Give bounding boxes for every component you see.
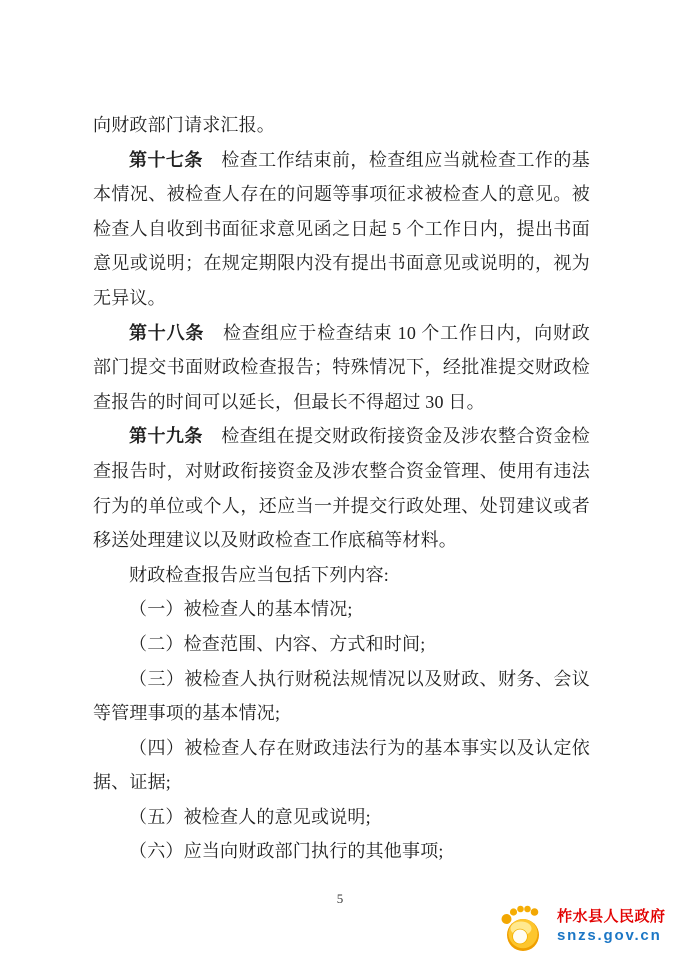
paw-print-icon [500,900,548,954]
site-name: 柞水县人民政府 [557,908,666,927]
paragraph: 向财政部门请求汇报。 [93,108,590,143]
paragraph: 第十九条 检查组在提交财政衔接资金及涉农整合资金检查报告时，对财政衔接资金及涉农… [93,419,590,557]
document-body: 向财政部门请求汇报。 第十七条 检查工作结束前，检查组应当就检查工作的基本情况、… [93,108,590,869]
site-url: snzs.gov.cn [557,927,666,946]
paragraph-text: 检查工作结束前，检查组应当就检查工作的基本情况、被检查人存在的问题等事项征求被检… [93,150,590,308]
paragraph-text: （一）被检查人的基本情况; [129,599,353,619]
paragraph-text: （五）被检查人的意见或说明; [129,807,371,827]
paragraph: （四）被检查人存在财政违法行为的基本事实以及认定依据、证据; [93,731,590,800]
paragraph: （三）被检查人执行财税法规情况以及财政、财务、会议等管理事项的基本情况; [93,662,590,731]
paragraph: （六）应当向财政部门执行的其他事项; [93,834,590,869]
paragraph-text: （三）被检查人执行财税法规情况以及财政、财务、会议等管理事项的基本情况; [93,669,590,724]
paragraph: （二）检查范围、内容、方式和时间; [93,627,590,662]
paragraph: 财政检查报告应当包括下列内容: [93,558,590,593]
paragraph-text: （二）检查范围、内容、方式和时间; [129,634,425,654]
paragraph: （五）被检查人的意见或说明; [93,800,590,835]
paragraph-text: （四）被检查人存在财政违法行为的基本事实以及认定依据、证据; [93,738,590,793]
government-site-logo: 柞水县人民政府 snzs.gov.cn [500,898,668,956]
article-number: 第十九条 [129,426,203,446]
site-text-block: 柞水县人民政府 snzs.gov.cn [557,908,666,946]
article-number: 第十八条 [129,323,204,343]
document-page: 向财政部门请求汇报。 第十七条 检查工作结束前，检查组应当就检查工作的基本情况、… [0,0,680,962]
paragraph: （一）被检查人的基本情况; [93,592,590,627]
paragraph-text: （六）应当向财政部门执行的其他事项; [129,841,444,861]
paragraph-text: 向财政部门请求汇报。 [93,115,275,135]
paragraph: 第十七条 检查工作结束前，检查组应当就检查工作的基本情况、被检查人存在的问题等事… [93,143,590,316]
paragraph-text: 财政检查报告应当包括下列内容: [129,565,389,585]
article-number: 第十七条 [129,150,203,170]
paragraph: 第十八条 检查组应于检查结束 10 个工作日内，向财政部门提交书面财政检查报告；… [93,316,590,420]
